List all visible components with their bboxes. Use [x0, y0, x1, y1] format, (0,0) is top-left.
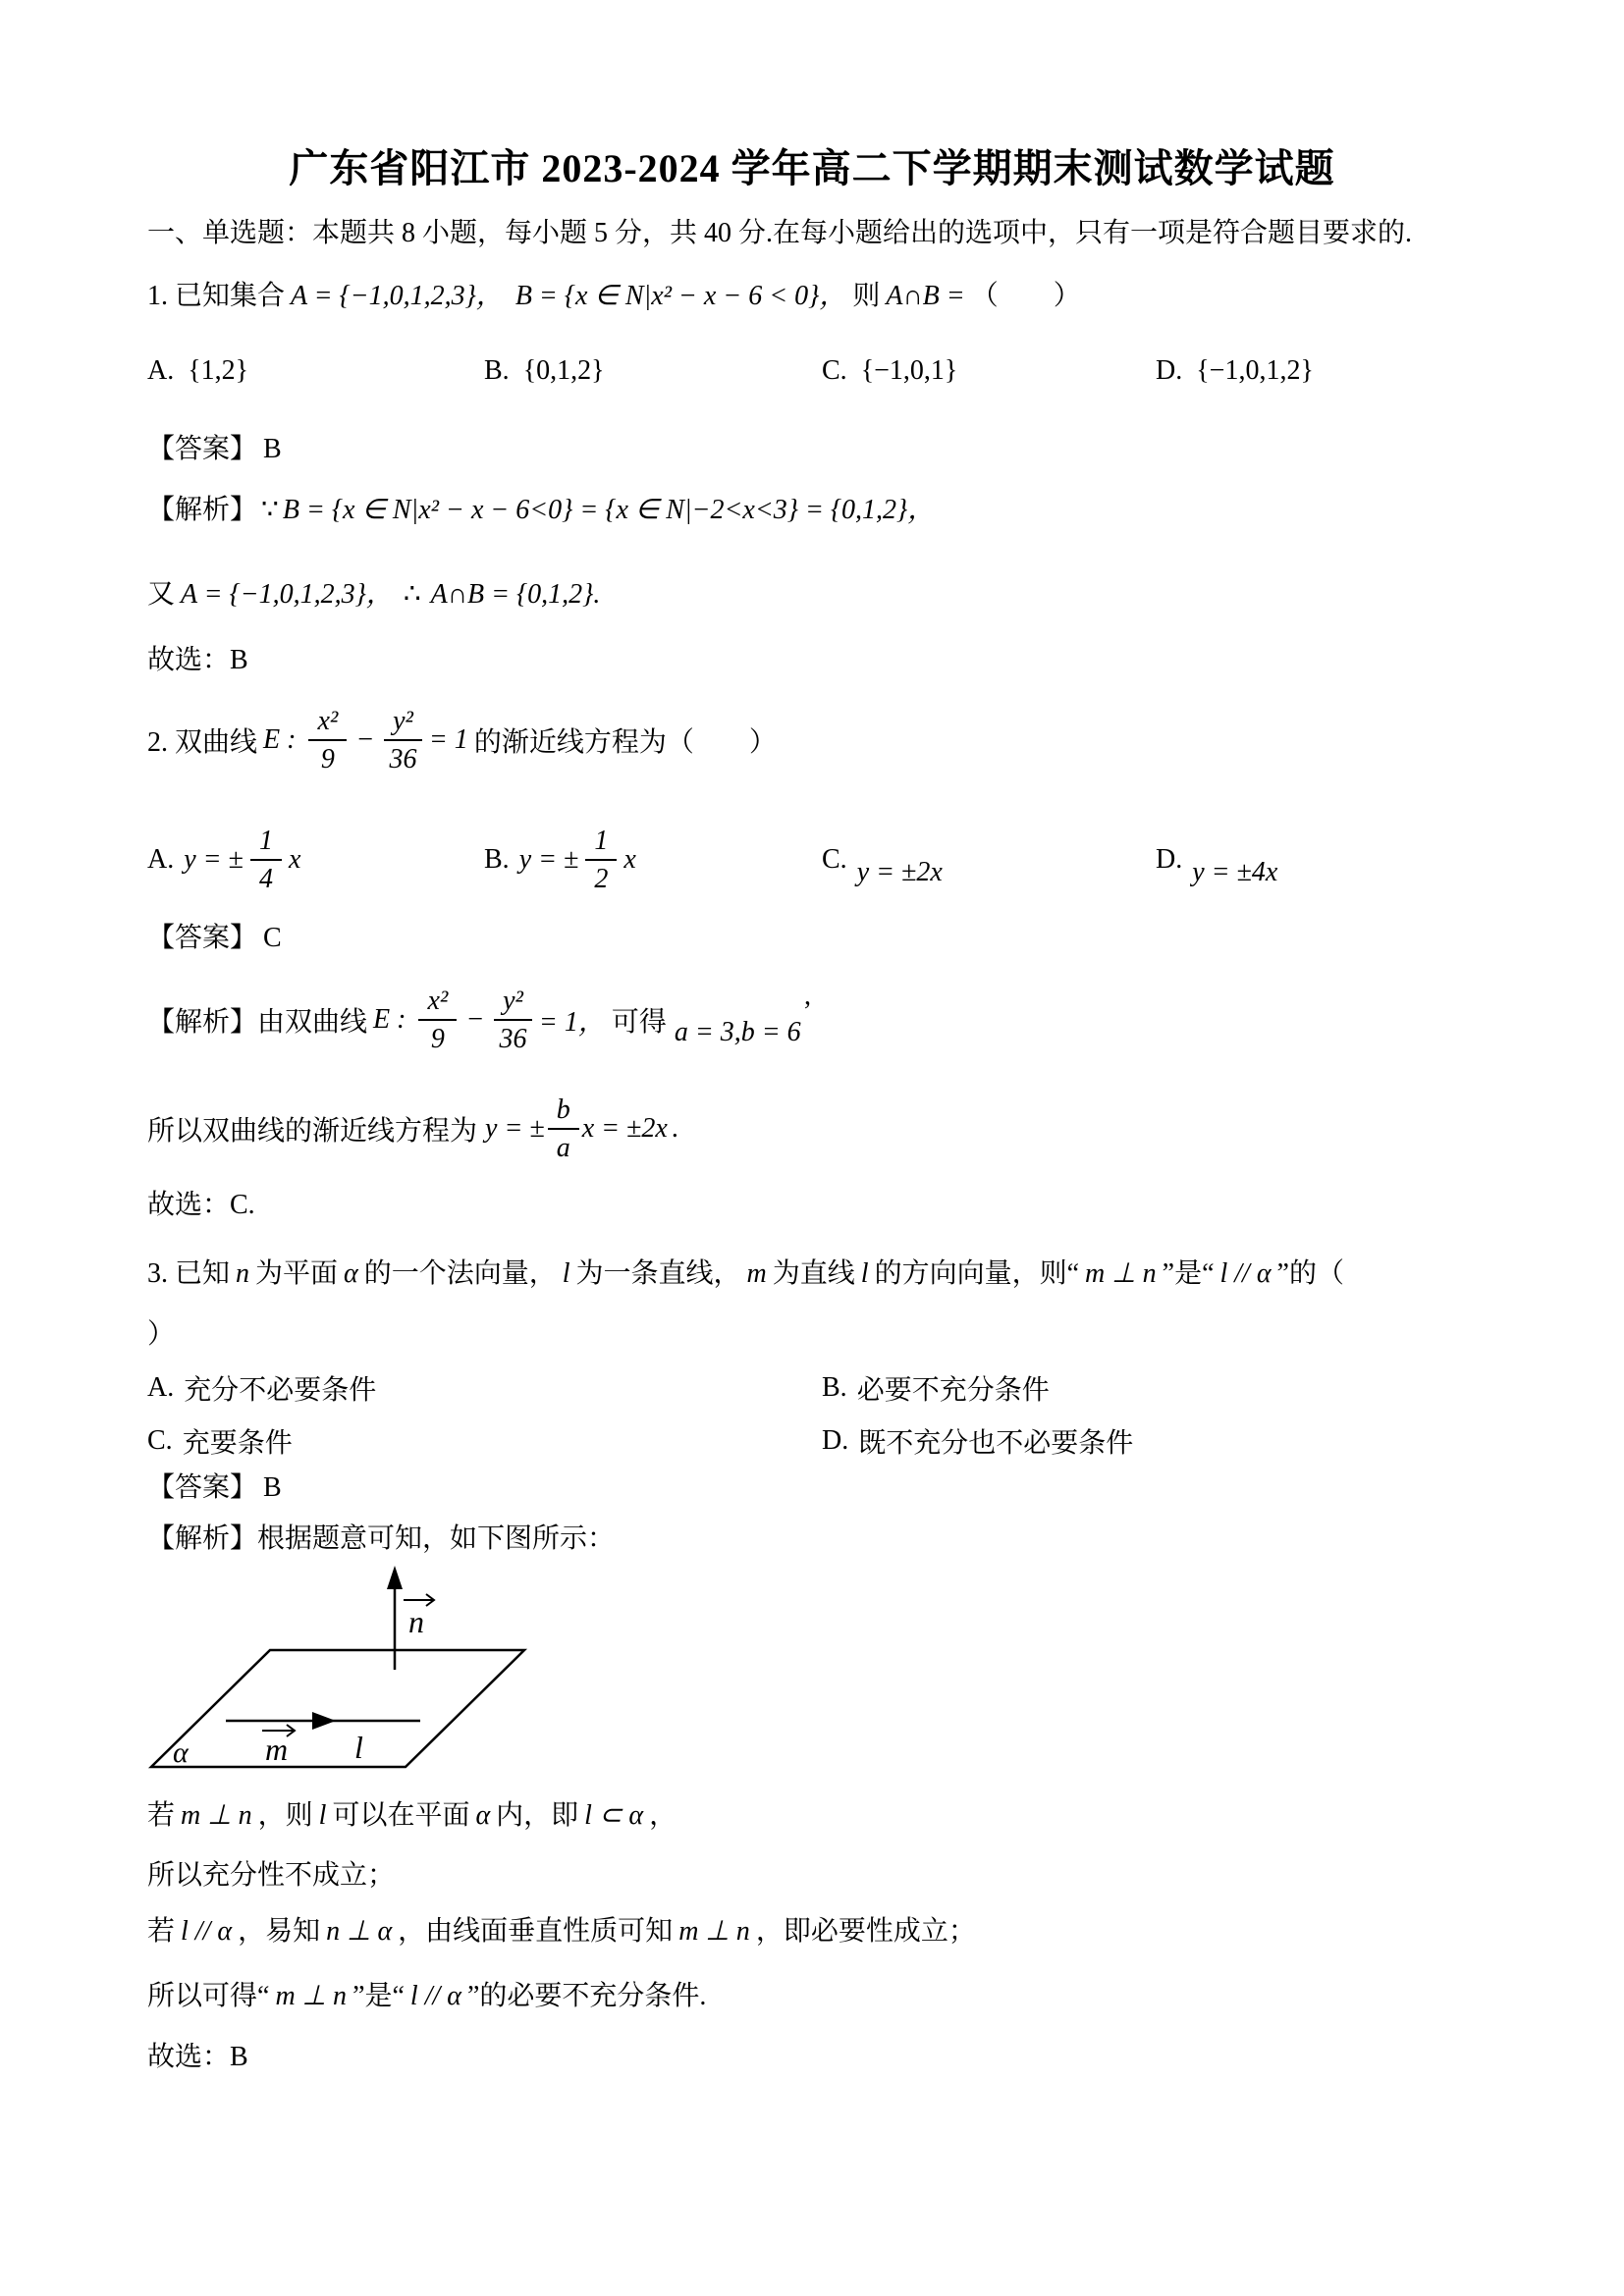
- math-segment: m: [747, 1258, 767, 1289]
- denominator: a: [557, 1130, 570, 1162]
- plane-parallelogram: [151, 1650, 524, 1767]
- text-segment: ”的必要不充分条件.: [467, 1981, 706, 2011]
- text-segment: 1. 已知集合: [147, 281, 285, 311]
- math-symbol: −: [357, 724, 373, 756]
- normal-vector-arrowhead: [387, 1566, 403, 1589]
- math-segment: A = {−1,0,1,2,3}，: [181, 579, 394, 610]
- math-segment: m ⊥ n: [1085, 1258, 1157, 1289]
- option-label: A.: [147, 355, 174, 387]
- q3-conclusion: 故选：B: [147, 2040, 248, 2075]
- text-segment: 所以双曲线的渐近线方程为: [147, 1109, 477, 1148]
- q3-analysis-intro: 【解析】根据题意可知，如下图所示：: [147, 1522, 615, 1557]
- math-segment: l: [861, 1258, 869, 1289]
- alpha-label: α: [173, 1736, 189, 1769]
- option-c: C.{−1,0,1}: [822, 355, 961, 387]
- q1-analysis-2: 又A = {−1,0,1,2,3}，∴A∩B = {0,1,2}.: [147, 577, 606, 613]
- denominator: 9: [321, 741, 335, 774]
- math-segment: l // α: [1220, 1258, 1272, 1289]
- math-segment: α: [344, 1258, 358, 1289]
- numerator: 1: [250, 827, 282, 861]
- option-a: A.y = ±14x: [147, 813, 300, 907]
- option-value: {1,2}: [188, 355, 248, 387]
- option-value: 充分不必要条件: [184, 1368, 376, 1408]
- text-segment: （ ）: [971, 281, 1081, 311]
- math-segment: m ⊥ n: [678, 1916, 750, 1947]
- option-label: B.: [822, 1372, 847, 1404]
- math-segment: E :: [263, 724, 296, 756]
- math-segment: l ⊂ α: [584, 1800, 643, 1831]
- option-d: D.{−1,0,1,2}: [1156, 355, 1318, 387]
- text-segment: ，则: [258, 1800, 313, 1831]
- option-d: D.既不充分也不必要条件: [822, 1421, 1133, 1461]
- math-segment: a = 3,b = 6: [675, 1017, 801, 1048]
- q1-conclusion: 故选：B: [147, 643, 248, 678]
- q3-diagram: n m l α: [137, 1564, 560, 1785]
- option-label: C.: [822, 844, 847, 876]
- math-segment: n ⊥ α: [326, 1916, 392, 1947]
- q1-stem: 1. 已知集合A = {−1,0,1,2,3}，B = {x ∈ N|x² − …: [147, 279, 1081, 314]
- numerator: 1: [585, 827, 617, 861]
- option-b: B.必要不充分条件: [822, 1368, 1050, 1408]
- denominator: 4: [259, 861, 273, 893]
- answer-label: 【答案】: [147, 1472, 257, 1503]
- math-segment: B = {x ∈ N|x² − x − 6 < 0}，: [515, 281, 847, 311]
- math-segment: l // α: [410, 1981, 461, 2011]
- text-segment: 所以可得“: [147, 1981, 269, 2011]
- q2-analysis-1: 【解析】 由双曲线 E : x²9 − y²36 = 1， 可得 a = 3,b…: [147, 967, 812, 1073]
- q3-options-row-2: C.充要条件 D.既不充分也不必要条件: [147, 1421, 1522, 1461]
- q3-analysis-line-3: 若l // α，易知n ⊥ α，由线面垂直性质可知m ⊥ n，即必要性成立；: [147, 1914, 976, 1949]
- math-segment: l: [563, 1258, 570, 1289]
- text-segment: ，: [649, 1800, 677, 1831]
- option-label: C.: [822, 355, 847, 387]
- option-label: C.: [147, 1425, 173, 1457]
- math-segment: α: [475, 1800, 490, 1831]
- math-segment: A∩B = {0,1,2}.: [431, 579, 601, 610]
- q1-answer: 【答案】B: [147, 432, 282, 467]
- fraction: 14: [250, 827, 282, 894]
- exam-page: 广东省阳江市 2023-2024 学年高二下学期期末测试数学试题 一、单选题：本…: [0, 0, 1624, 2296]
- math-segment: x = ±2x: [582, 1113, 668, 1145]
- math-segment: y = ±: [519, 844, 579, 876]
- option-b: B.y = ±12x: [484, 813, 636, 907]
- text-segment: 则: [852, 281, 880, 311]
- q3-stem-close-paren: ）: [147, 1317, 175, 1353]
- math-segment: y = ±: [184, 844, 244, 876]
- math-symbol: ∴: [404, 579, 421, 610]
- q2-options: A.y = ±14x B.y = ±12x C.y = ±2x D.y = ±4…: [147, 813, 1522, 907]
- analysis-label: 【解析】: [147, 495, 257, 525]
- q3-answer: 【答案】B: [147, 1470, 282, 1506]
- option-label: D.: [822, 1425, 848, 1457]
- option-value: 既不充分也不必要条件: [858, 1421, 1133, 1461]
- math-segment: m ⊥ n: [275, 1981, 347, 2011]
- math-segment: E :: [373, 1004, 406, 1036]
- math-segment: l: [319, 1800, 327, 1831]
- option-label: B.: [484, 844, 510, 876]
- text-segment: ，即必要性成立；: [756, 1916, 976, 1947]
- section-header: 一、单选题：本题共 8 小题，每小题 5 分，共 40 分.在每小题给出的选项中…: [147, 216, 1412, 251]
- text-segment: ”的（: [1277, 1258, 1344, 1289]
- text-segment: 为直线: [773, 1258, 855, 1289]
- option-c: C.充要条件: [147, 1421, 293, 1461]
- fraction: y²36: [494, 987, 532, 1054]
- text-segment: 若: [147, 1800, 175, 1831]
- direction-vector-arrowhead: [312, 1712, 336, 1730]
- math-segment: x: [623, 844, 635, 876]
- fraction: 12: [585, 827, 617, 894]
- page-title: 广东省阳江市 2023-2024 学年高二下学期期末测试数学试题: [0, 137, 1624, 193]
- text-segment: ”是“: [352, 1981, 405, 2011]
- math-segment: B = {x ∈ N|x² − x − 6<0} = {x ∈ N|−2<x<3…: [283, 495, 935, 525]
- text-segment: 可以在平面: [332, 1800, 469, 1831]
- math-segment: A = {−1,0,1,2,3}，: [291, 281, 504, 311]
- q2-analysis-2: 所以双曲线的渐近线方程为 y = ± ba x = ±2x .: [147, 1078, 682, 1180]
- q2-conclusion: 故选：C.: [147, 1188, 255, 1223]
- q2-stem: 2. 双曲线 E : x²9 − y²36 = 1 的渐近线方程为（ ）: [147, 685, 777, 795]
- q3-stem: 3. 已知n为平面α的一个法向量，l为一条直线，m为直线l的方向向量，则“m ⊥…: [147, 1256, 1344, 1292]
- text-segment: 若: [147, 1916, 175, 1947]
- numerator: x²: [418, 987, 457, 1021]
- text-segment: 为一条直线，: [576, 1258, 741, 1289]
- l-label: l: [354, 1730, 363, 1765]
- analysis-label: 【解析】: [147, 1000, 257, 1040]
- denominator: 2: [594, 861, 608, 893]
- text-segment: 的渐近线方程为（ ）: [474, 721, 777, 760]
- text-segment: 又: [147, 579, 175, 610]
- answer-value: B: [263, 434, 282, 464]
- denominator: 9: [431, 1021, 445, 1053]
- answer-value: C: [263, 923, 282, 953]
- fraction: ba: [548, 1095, 579, 1163]
- option-value: {−1,0,1}: [861, 355, 958, 387]
- q3-analysis-line-2: 所以充分性不成立；: [147, 1858, 395, 1894]
- denominator: 36: [389, 741, 416, 774]
- option-label: B.: [484, 355, 510, 387]
- option-value: {−1,0,1,2}: [1196, 355, 1314, 387]
- analysis-label: 【解析】: [147, 1523, 257, 1554]
- q1-options: A.{1,2} B.{0,1,2} C.{−1,0,1} D.{−1,0,1,2…: [147, 355, 1522, 399]
- q2-answer: 【答案】C: [147, 921, 282, 956]
- answer-value: B: [263, 1472, 282, 1503]
- m-label: m: [265, 1732, 288, 1767]
- text-segment: 3. 已知: [147, 1258, 230, 1289]
- math-segment: y = ±: [485, 1113, 545, 1145]
- answer-label: 【答案】: [147, 923, 257, 953]
- option-c: C.y = ±2x: [822, 813, 943, 907]
- math-segment: = 1: [429, 724, 468, 756]
- math-segment: y = ±4x: [1192, 857, 1277, 888]
- math-segment: A∩B =: [886, 281, 964, 311]
- q3-analysis-line-4: 所以可得“m ⊥ n”是“l // α”的必要不充分条件.: [147, 1979, 706, 2014]
- fraction: x²9: [418, 987, 457, 1054]
- math-segment: l // α: [181, 1916, 232, 1947]
- numerator: y²: [494, 987, 532, 1021]
- text-segment: 2. 双曲线: [147, 721, 257, 760]
- q3-analysis-line-1: 若m ⊥ n，则l可以在平面α内，即l ⊂ α，: [147, 1798, 677, 1834]
- option-label: D.: [1156, 844, 1182, 876]
- numerator: y²: [384, 707, 422, 741]
- math-symbol: ∵: [261, 495, 279, 525]
- option-value: {0,1,2}: [523, 355, 605, 387]
- text-segment: 根据题意可知，如下图所示：: [257, 1523, 615, 1554]
- text-segment: ，易知: [238, 1916, 320, 1947]
- text-segment: 为平面: [255, 1258, 338, 1289]
- math-segment: x: [289, 844, 300, 876]
- option-a: A.{1,2}: [147, 355, 252, 387]
- option-a: A.充分不必要条件: [147, 1368, 376, 1408]
- option-value: 必要不充分条件: [857, 1368, 1050, 1408]
- fraction: x²9: [308, 707, 347, 774]
- math-symbol: −: [467, 1004, 483, 1036]
- prime-mark: ’: [803, 996, 812, 1028]
- n-label: n: [408, 1604, 424, 1639]
- fraction: y²36: [384, 707, 422, 774]
- math-segment: y = ±2x: [857, 857, 943, 888]
- numerator: x²: [308, 707, 347, 741]
- math-segment: = 1，: [539, 1000, 606, 1040]
- text-segment: ”是“: [1163, 1258, 1215, 1289]
- text-segment: ，由线面垂直性质可知: [398, 1916, 673, 1947]
- option-label: A.: [147, 1372, 174, 1404]
- answer-label: 【答案】: [147, 434, 257, 464]
- text-segment: 的一个法向量，: [364, 1258, 557, 1289]
- q3-options-row-1: A.充分不必要条件 B.必要不充分条件: [147, 1368, 1522, 1408]
- numerator: b: [548, 1095, 579, 1130]
- math-symbol: .: [672, 1113, 678, 1145]
- text-segment: 由双曲线: [257, 1000, 367, 1040]
- math-segment: m ⊥ n: [181, 1800, 252, 1831]
- option-d: D.y = ±4x: [1156, 813, 1277, 907]
- text-segment: 的方向向量，则“: [875, 1258, 1079, 1289]
- q1-analysis-1: 【解析】∵B = {x ∈ N|x² − x − 6<0} = {x ∈ N|−…: [147, 493, 935, 528]
- option-label: D.: [1156, 355, 1182, 387]
- text-segment: 内，即: [496, 1800, 578, 1831]
- option-value: 充要条件: [183, 1421, 293, 1461]
- option-b: B.{0,1,2}: [484, 355, 609, 387]
- option-label: A.: [147, 844, 174, 876]
- denominator: 36: [500, 1021, 527, 1053]
- text-segment: 可得: [612, 1000, 667, 1040]
- math-segment: n: [236, 1258, 249, 1289]
